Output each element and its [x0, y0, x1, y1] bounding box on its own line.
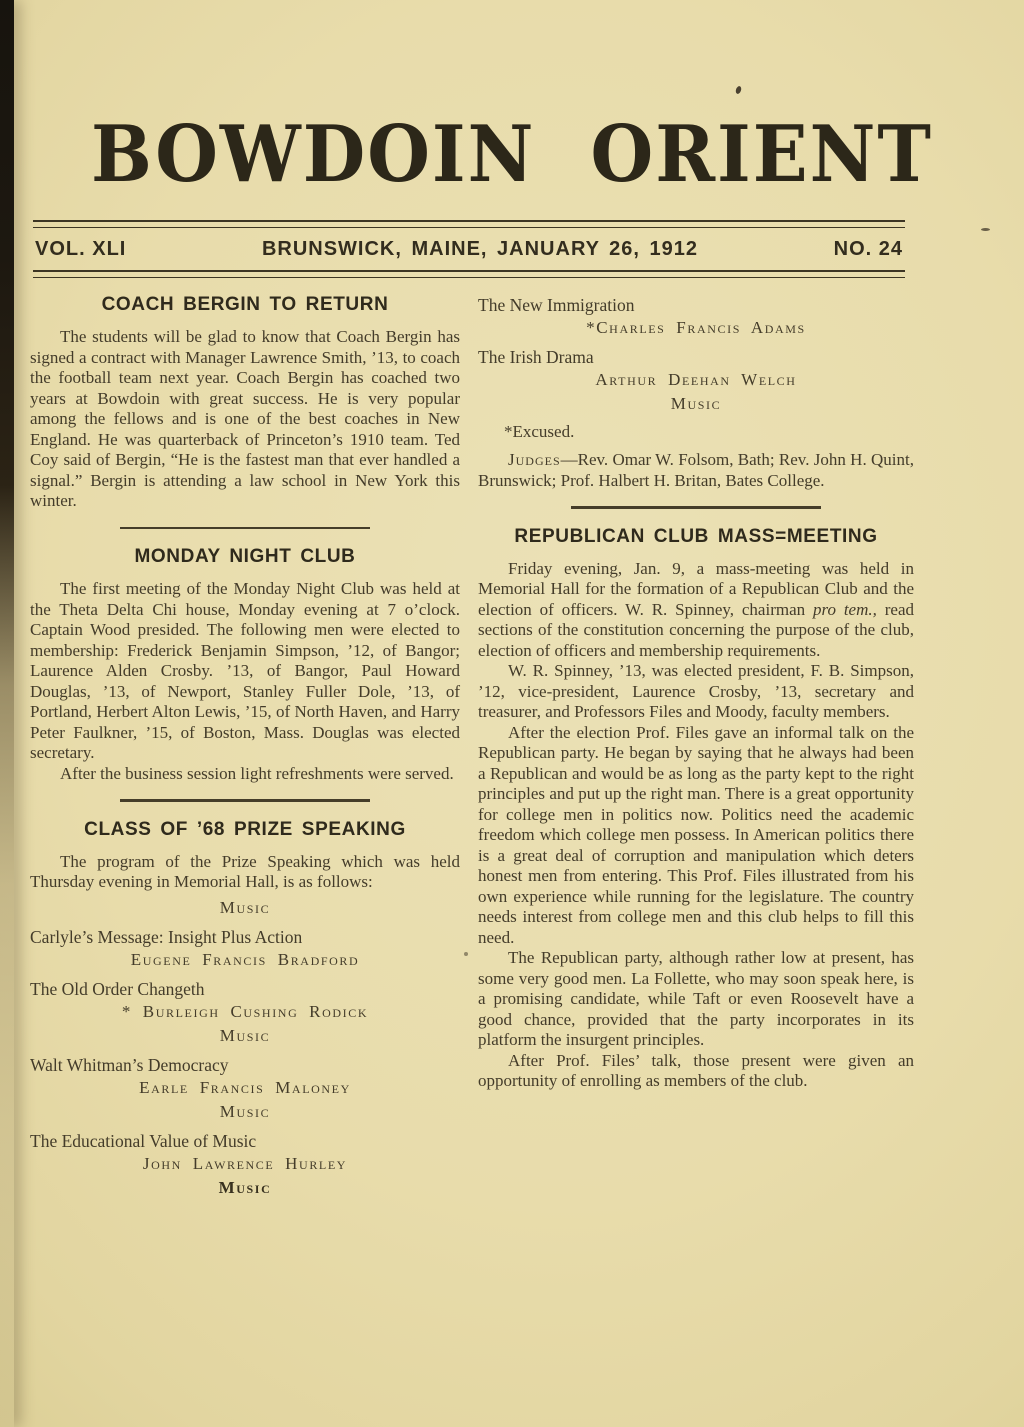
program-speaker-line: John Lawrence Hurley [30, 1153, 460, 1175]
program-speaker-line: * Burleigh Cushing Rodick [30, 1001, 460, 1023]
paragraph-segment-italic: pro tem., [813, 600, 877, 619]
article-heading-monday-night-club: MONDAY NIGHT CLUB [30, 546, 460, 568]
article-paragraph: After the election Prof. Files gave an i… [478, 723, 914, 949]
article-heading-republican-club: REPUBLICAN CLUB MASS=MEETING [478, 526, 914, 548]
article-republican-club: REPUBLICAN CLUB MASS=MEETING Friday even… [478, 526, 914, 1092]
judges-paragraph: Judges—Rev. Omar W. Folsom, Bath; Rev. J… [478, 450, 914, 491]
paper-speck [981, 228, 990, 231]
article-heading-prize-speaking: CLASS OF ’68 PRIZE SPEAKING [30, 819, 460, 841]
prize-speaking-program-continued: The New Immigration *Charles Francis Ada… [478, 294, 914, 415]
section-divider [120, 799, 370, 802]
dateline: VOL. XLI BRUNSWICK, MAINE, JANUARY 26, 1… [33, 228, 905, 270]
place-date-label: BRUNSWICK, MAINE, JANUARY 26, 1912 [262, 238, 698, 261]
program-speaker-line: Arthur Deehan Welch [478, 369, 914, 391]
section-divider [571, 506, 821, 509]
program-title-line: Walt Whitman’s Democracy [30, 1054, 460, 1076]
prize-speaking-program: Music Carlyle’s Message: Insight Plus Ac… [30, 897, 460, 1199]
left-column: COACH BERGIN TO RETURN The students will… [30, 294, 460, 1201]
article-heading-coach-bergin: COACH BERGIN TO RETURN [30, 294, 460, 316]
article-monday-night-club: MONDAY NIGHT CLUB The first meeting of t… [30, 546, 460, 784]
paper-speck [464, 952, 468, 956]
program-title-line: Carlyle’s Message: Insight Plus Action [30, 926, 460, 948]
program-music-line: Music [478, 393, 914, 415]
article-coach-bergin: COACH BERGIN TO RETURN The students will… [30, 294, 460, 512]
scan-gutter-shadow [0, 0, 14, 1427]
article-paragraph: After the business session light refresh… [30, 764, 460, 785]
article-prize-speaking: CLASS OF ’68 PRIZE SPEAKING The program … [30, 819, 460, 1199]
program-music-line: Music [30, 1101, 460, 1123]
program-music-line: Music [30, 897, 460, 919]
masthead-title: BOWDOIN ORIENT [0, 115, 1024, 193]
issue-number-label: NO. 24 [834, 238, 903, 261]
program-title-line: The New Immigration [478, 294, 914, 316]
masthead: BOWDOIN ORIENT [0, 0, 1024, 190]
double-rule-bottom [33, 270, 905, 278]
section-divider [120, 527, 370, 530]
volume-label: VOL. XLI [35, 238, 126, 261]
article-paragraph: The program of the Prize Speaking which … [30, 852, 460, 893]
article-paragraph: After Prof. Files’ talk, those present w… [478, 1051, 914, 1092]
program-music-line: Music [30, 1025, 460, 1047]
judges-label: Judges [508, 450, 561, 469]
program-speaker-line: Eugene Francis Bradford [30, 949, 460, 971]
article-paragraph: The Republican party, although rather lo… [478, 948, 914, 1051]
program-title-line: The Educational Value of Music [30, 1130, 460, 1152]
article-paragraph: Friday evening, Jan. 9, a mass-meeting w… [478, 559, 914, 662]
program-title-line: The Old Order Changeth [30, 978, 460, 1000]
program-music-line: Music [30, 1177, 460, 1199]
double-rule-top [33, 220, 905, 228]
article-paragraph: The students will be glad to know that C… [30, 327, 460, 512]
article-paragraph: The first meeting of the Monday Night Cl… [30, 579, 460, 764]
right-column: The New Immigration *Charles Francis Ada… [478, 294, 914, 1201]
excused-note: *Excused. [478, 421, 914, 442]
program-title-line: The Irish Drama [478, 346, 914, 368]
program-speaker-line: Earle Francis Maloney [30, 1077, 460, 1099]
header-rules: VOL. XLI BRUNSWICK, MAINE, JANUARY 26, 1… [33, 220, 905, 278]
program-speaker-line: *Charles Francis Adams [478, 317, 914, 339]
article-columns: COACH BERGIN TO RETURN The students will… [30, 294, 914, 1201]
article-paragraph: W. R. Spinney, ’13, was elected presiden… [478, 661, 914, 723]
newspaper-page: BOWDOIN ORIENT VOL. XLI BRUNSWICK, MAINE… [0, 0, 1024, 1427]
